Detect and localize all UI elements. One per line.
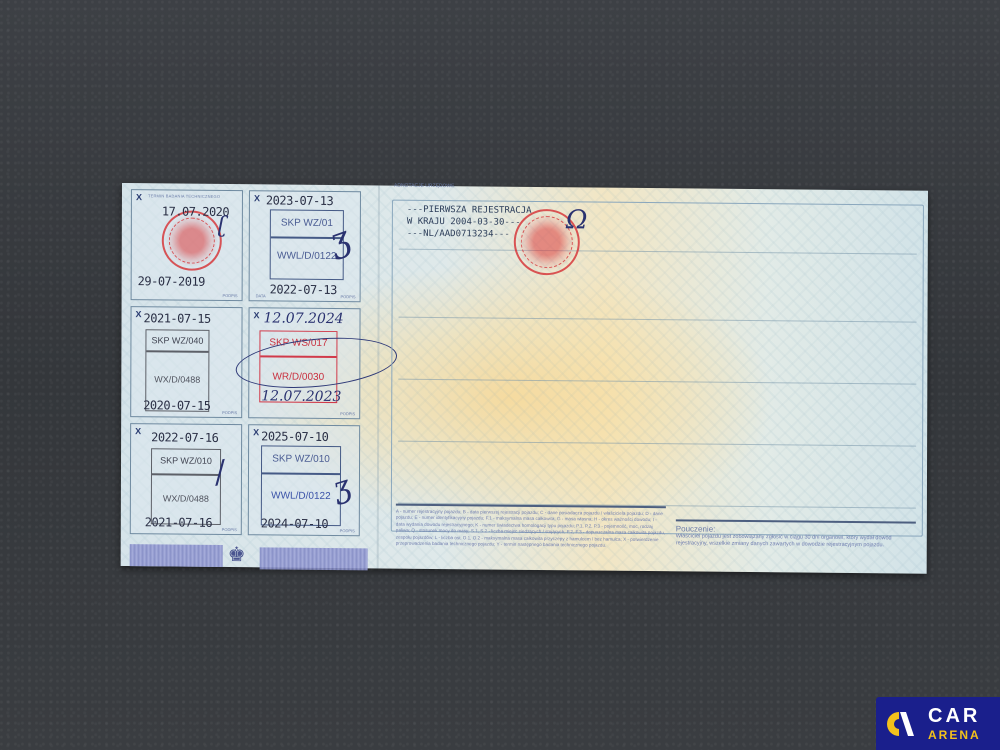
inspection-station-stamp: SKP WZ/010 WWL/D/0122	[261, 445, 341, 526]
handwritten-inspection-date: 12.07.2023	[261, 388, 341, 405]
signature-icon: ʗ	[218, 213, 227, 238]
x-mark: X	[135, 426, 141, 436]
security-band-right	[260, 547, 368, 570]
signature-label: PODPIS	[340, 411, 355, 416]
date-label: DATA	[256, 293, 266, 298]
diagnostician-code: WX/D/0488	[152, 493, 220, 504]
x-mark: X	[254, 310, 260, 320]
section-label: ADNOTACJE URZĘDOWE	[394, 183, 454, 190]
diagnostician-code: WWL/D/0122	[271, 250, 343, 262]
next-inspection-date: 2021-07-15	[144, 311, 211, 326]
signature-label: PODPIS	[222, 410, 237, 415]
field-legend: A - numer rejestracyjny pojazdu; B - dat…	[396, 509, 666, 550]
inspection-cell: X 12.07.2024 SKP WS/017 WR/D/0030 12.07.…	[248, 307, 360, 419]
car-arena-logo: CAR ARENA	[876, 697, 1000, 750]
security-band-left	[130, 544, 223, 567]
diagnostician-code: WX/D/0488	[146, 374, 208, 385]
inspection-date: 2021-07-16	[145, 515, 212, 530]
official-seal-icon	[162, 210, 222, 271]
inspection-date: 2024-07-10	[261, 516, 328, 531]
registration-annotation: ---PIERWSZA REJESTRACJAW KRAJU 2004-03-3…	[407, 204, 532, 241]
inspection-cell: X 2025-07-10 SKP WZ/010 WWL/D/0122 ʒ 202…	[248, 424, 360, 536]
station-code: SKP WZ/040	[146, 335, 208, 346]
inspection-cell: X 2023-07-13 SKP WZ/01 WWL/D/0122 ʒ DATA…	[249, 190, 361, 302]
next-inspection-date: 2022-07-16	[151, 430, 218, 445]
diagnostician-code: WWL/D/0122	[262, 490, 340, 502]
next-inspection-date: 2025-07-10	[261, 429, 328, 444]
inspection-date: 29-07-2019	[138, 274, 205, 289]
logo-text-car: CAR	[928, 705, 980, 728]
x-mark: X	[253, 427, 259, 437]
inspection-grid: X TERMIN BADANIA TECHNICZNEGO 17.07.2020…	[130, 189, 375, 539]
registration-document: X TERMIN BADANIA TECHNICZNEGO 17.07.2020…	[121, 183, 928, 574]
signature-icon: Ω	[566, 205, 588, 235]
car-arena-mark-icon	[886, 709, 916, 739]
inspection-cell: X TERMIN BADANIA TECHNICZNEGO 17.07.2020…	[131, 189, 243, 301]
handwritten-next-date: 12.07.2024	[264, 310, 344, 327]
annotations-box	[391, 200, 924, 537]
inspection-date: 2020-07-15	[143, 398, 210, 413]
logo-text-arena: ARENA	[928, 728, 981, 742]
cell-header: TERMIN BADANIA TECHNICZNEGO	[148, 193, 220, 199]
polish-eagle-icon: ♚	[228, 542, 246, 567]
x-mark: X	[136, 309, 142, 319]
inspection-cell: X 2022-07-16 SKP WZ/010 WX/D/0488 / 2021…	[130, 423, 242, 535]
inspection-station-stamp: SKP WZ/010 WX/D/0488	[151, 448, 221, 525]
next-inspection-date: 2023-07-13	[266, 193, 333, 208]
inspection-date: 2022-07-13	[270, 282, 337, 297]
x-mark: X	[136, 192, 142, 202]
station-code: SKP WZ/010	[152, 455, 220, 466]
signature-label: PODPIS	[340, 528, 355, 533]
inspection-cell: X 2021-07-15 SKP WZ/040 WX/D/0488 2020-0…	[130, 306, 242, 418]
notice-text: Właściciel pojazdu jest zobowiązany zgło…	[676, 533, 916, 549]
station-code: SKP WZ/010	[262, 453, 340, 465]
x-mark: X	[254, 193, 260, 203]
notice: Pouczenie: Właściciel pojazdu jest zobow…	[676, 524, 916, 549]
signature-label: PODPIS	[222, 293, 237, 298]
registration-line: ---NL/AAD0713234---	[407, 228, 532, 241]
signature-label: PODPIS	[340, 294, 355, 299]
signature-label: PODPIS	[222, 527, 237, 532]
